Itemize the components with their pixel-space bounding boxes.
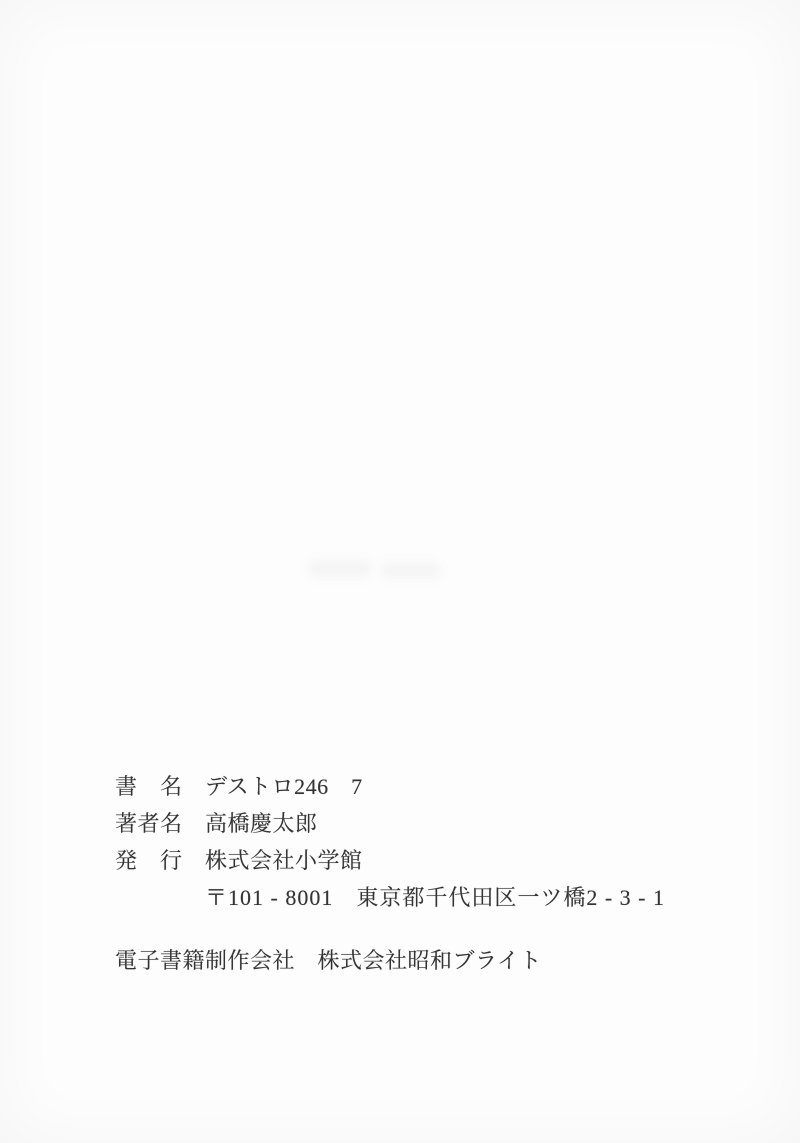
colophon-row-title: 書 名 デストロ246 7 <box>115 768 665 805</box>
ebook-producer-line: 電子書籍制作会社 株式会社昭和ブライト <box>115 942 665 979</box>
field-value-title: デストロ246 7 <box>205 768 363 805</box>
colophon-row-publisher: 発 行 株式会社小学館 <box>115 842 665 879</box>
colophon-block: 書 名 デストロ246 7 著者名 高橋慶太郎 発 行 株式会社小学館 〒101… <box>115 768 665 979</box>
field-label-author: 著者名 <box>115 805 181 842</box>
field-label-title: 書 名 <box>115 768 181 805</box>
bleed-through-smudge <box>382 562 440 579</box>
bleed-through-smudge <box>308 560 372 577</box>
field-value-author: 高橋慶太郎 <box>205 805 318 842</box>
scanned-colophon-page: 書 名 デストロ246 7 著者名 高橋慶太郎 発 行 株式会社小学館 〒101… <box>0 0 800 1143</box>
colophon-row-author: 著者名 高橋慶太郎 <box>115 805 665 842</box>
publisher-address: 〒101 - 8001 東京都千代田区一ツ橋2 - 3 - 1 <box>205 879 665 916</box>
field-value-publisher: 株式会社小学館 <box>205 842 363 879</box>
field-label-publisher: 発 行 <box>115 842 181 879</box>
